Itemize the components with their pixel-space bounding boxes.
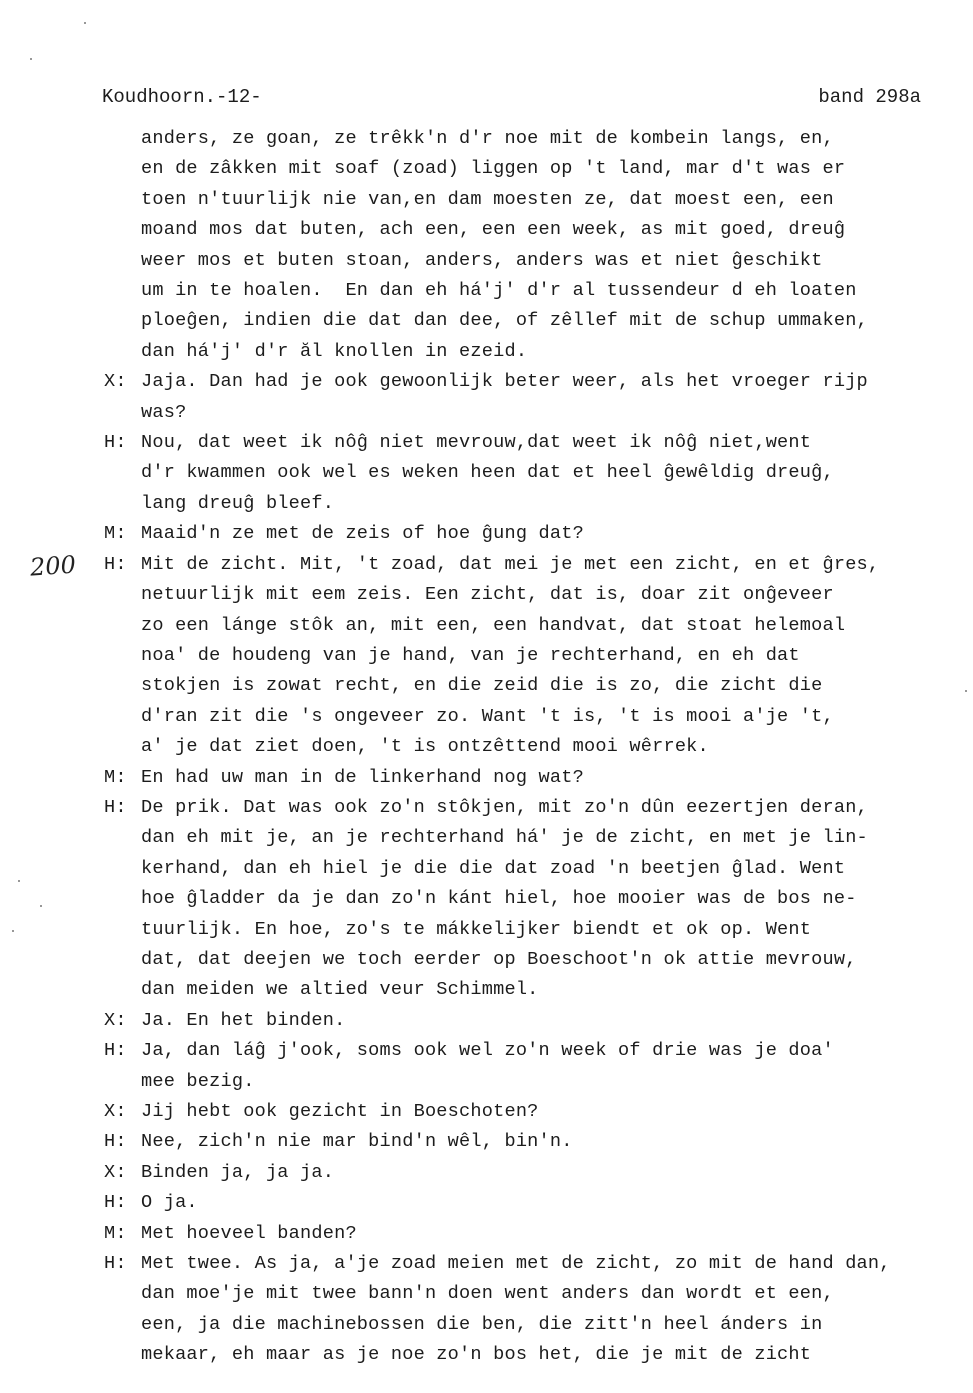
transcript-line: dan moe'je mit twee bann'n doen went and… xyxy=(141,1279,964,1309)
transcript-line: Ja, dan láĝ j'ook, soms ook wel zo'n wee… xyxy=(141,1036,964,1066)
transcript-line: Maaid'n ze met de zeis of hoe ĝung dat? xyxy=(141,519,964,549)
speaker-label: M: xyxy=(104,519,127,549)
speaker-label: M: xyxy=(104,1219,127,1249)
speaker-label: H: xyxy=(104,793,127,823)
tape-reference: band 298a xyxy=(818,86,921,108)
speaker-label: H: xyxy=(104,1036,127,1066)
transcript-line: stokjen is zowat recht, en die zeid die … xyxy=(141,671,964,701)
transcript-line: Jaja. Dan had je ook gewoonlijk beter we… xyxy=(141,367,964,397)
transcript-line: anders, ze goan, ze trêkk'n d'r noe mit … xyxy=(141,124,964,154)
transcript-line: Jij hebt ook gezicht in Boeschoten? xyxy=(141,1097,964,1127)
dialogue-turn: M:En had uw man in de linkerhand nog wat… xyxy=(104,763,964,793)
transcript-line: noa' de houdeng van je hand, van je rech… xyxy=(141,641,964,671)
speaker-label: H: xyxy=(104,1249,127,1279)
transcript-line: Met twee. As ja, a'je zoad meien met de … xyxy=(141,1249,964,1279)
transcript-line: dan há'j' d'r ăl knollen in ezeid. xyxy=(141,337,964,367)
dialogue-turn: M:Maaid'n ze met de zeis of hoe ĝung dat… xyxy=(104,519,964,549)
transcript-line: d'ran zit die 's ongeveer zo. Want 't is… xyxy=(141,702,964,732)
speaker-label: X: xyxy=(104,367,127,397)
dialogue-turn: H:De prik. Dat was ook zo'n stôkjen, mit… xyxy=(104,793,964,1006)
transcript-line: hoe ĝladder da je dan zo'n kánt hiel, ho… xyxy=(141,884,964,914)
transcript-line: netuurlijk mit eem zeis. Een zicht, dat … xyxy=(141,580,964,610)
dialogue-turn: H:O ja. xyxy=(104,1188,964,1218)
speaker-label: X: xyxy=(104,1158,127,1188)
transcript-line: was? xyxy=(141,398,964,428)
paper-speck xyxy=(18,880,20,882)
transcript-body: anders, ze goan, ze trêkk'n d'r noe mit … xyxy=(104,124,964,1371)
transcript-line: kerhand, dan eh hiel je die die dat zoad… xyxy=(141,854,964,884)
transcript-line: a' je dat ziet doen, 't is ontzêttend mo… xyxy=(141,732,964,762)
transcript-line: d'r kwammen ook wel es weken heen dat et… xyxy=(141,458,964,488)
transcript-line: lang dreuĝ bleef. xyxy=(141,489,964,519)
dialogue-turn: H:Met twee. As ja, a'je zoad meien met d… xyxy=(104,1249,964,1371)
dialogue-turn: H:Nou, dat weet ik nôĝ niet mevrouw,dat … xyxy=(104,428,964,519)
transcript-line: zo een lánge stôk an, mit een, een handv… xyxy=(141,611,964,641)
speaker-label: H: xyxy=(104,550,127,580)
continuation-paragraph: anders, ze goan, ze trêkk'n d'r noe mit … xyxy=(104,124,964,367)
header-title: Koudhoorn.-12- xyxy=(102,86,262,108)
transcript-line: De prik. Dat was ook zo'n stôkjen, mit z… xyxy=(141,793,964,823)
transcript-line: Nou, dat weet ik nôĝ niet mevrouw,dat we… xyxy=(141,428,964,458)
transcript-line: um in te hoalen. En dan eh há'j' d'r al … xyxy=(141,276,964,306)
speaker-label: H: xyxy=(104,1127,127,1157)
document-page: Koudhoorn.-12- band 298a 200 anders, ze … xyxy=(0,0,973,1393)
transcript-line: toen n'tuurlijk nie van,en dam moesten z… xyxy=(141,185,964,215)
dialogue-turn: X:Binden ja, ja ja. xyxy=(104,1158,964,1188)
transcript-line: Ja. En het binden. xyxy=(141,1006,964,1036)
paper-speck xyxy=(12,930,14,932)
speaker-label: X: xyxy=(104,1006,127,1036)
transcript-line: dan meiden we altied veur Schimmel. xyxy=(141,975,964,1005)
transcript-line: mee bezig. xyxy=(141,1067,964,1097)
transcript-line: Mit de zicht. Mit, 't zoad, dat mei je m… xyxy=(141,550,964,580)
transcript-line: ploeĝen, indien die dat dan dee, of zêll… xyxy=(141,306,964,336)
transcript-line: En had uw man in de linkerhand nog wat? xyxy=(141,763,964,793)
speaker-label: X: xyxy=(104,1097,127,1127)
transcript-line: Met hoeveel banden? xyxy=(141,1219,964,1249)
paper-speck xyxy=(30,58,32,60)
transcript-line: dat, dat deejen we toch eerder op Boesch… xyxy=(141,945,964,975)
transcript-line: Nee, zich'n nie mar bind'n wêl, bin'n. xyxy=(141,1127,964,1157)
handwritten-margin-number: 200 xyxy=(29,550,77,581)
dialogue-turn: X:Jaja. Dan had je ook gewoonlijk beter … xyxy=(104,367,964,428)
paper-speck xyxy=(84,22,86,24)
paper-speck xyxy=(40,905,42,907)
speaker-label: H: xyxy=(104,1188,127,1218)
transcript-line: O ja. xyxy=(141,1188,964,1218)
dialogue-turn: H:Ja, dan láĝ j'ook, soms ook wel zo'n w… xyxy=(104,1036,964,1097)
dialogue-turn: X:Ja. En het binden. xyxy=(104,1006,964,1036)
transcript-line: moand mos dat buten, ach een, een een we… xyxy=(141,215,964,245)
dialogue-turn: X:Jij hebt ook gezicht in Boeschoten? xyxy=(104,1097,964,1127)
page-header: Koudhoorn.-12- band 298a xyxy=(102,86,921,110)
dialogue-turn: H:Mit de zicht. Mit, 't zoad, dat mei je… xyxy=(104,550,964,763)
paper-speck xyxy=(965,690,967,692)
transcript-line: en de zâkken mit soaf (zoad) liggen op '… xyxy=(141,154,964,184)
speaker-label: M: xyxy=(104,763,127,793)
transcript-line: een, ja die machinebossen die ben, die z… xyxy=(141,1310,964,1340)
dialogue-turn: H:Nee, zich'n nie mar bind'n wêl, bin'n. xyxy=(104,1127,964,1157)
dialogue-turn: M:Met hoeveel banden? xyxy=(104,1219,964,1249)
transcript-line: weer mos et buten stoan, anders, anders … xyxy=(141,246,964,276)
speaker-label: H: xyxy=(104,428,127,458)
transcript-line: Binden ja, ja ja. xyxy=(141,1158,964,1188)
transcript-line: dan eh mit je, an je rechterhand há' je … xyxy=(141,823,964,853)
transcript-line: mekaar, eh maar as je noe zo'n bos het, … xyxy=(141,1340,964,1370)
transcript-line: tuurlijk. En hoe, zo's te mákkelijker bi… xyxy=(141,915,964,945)
